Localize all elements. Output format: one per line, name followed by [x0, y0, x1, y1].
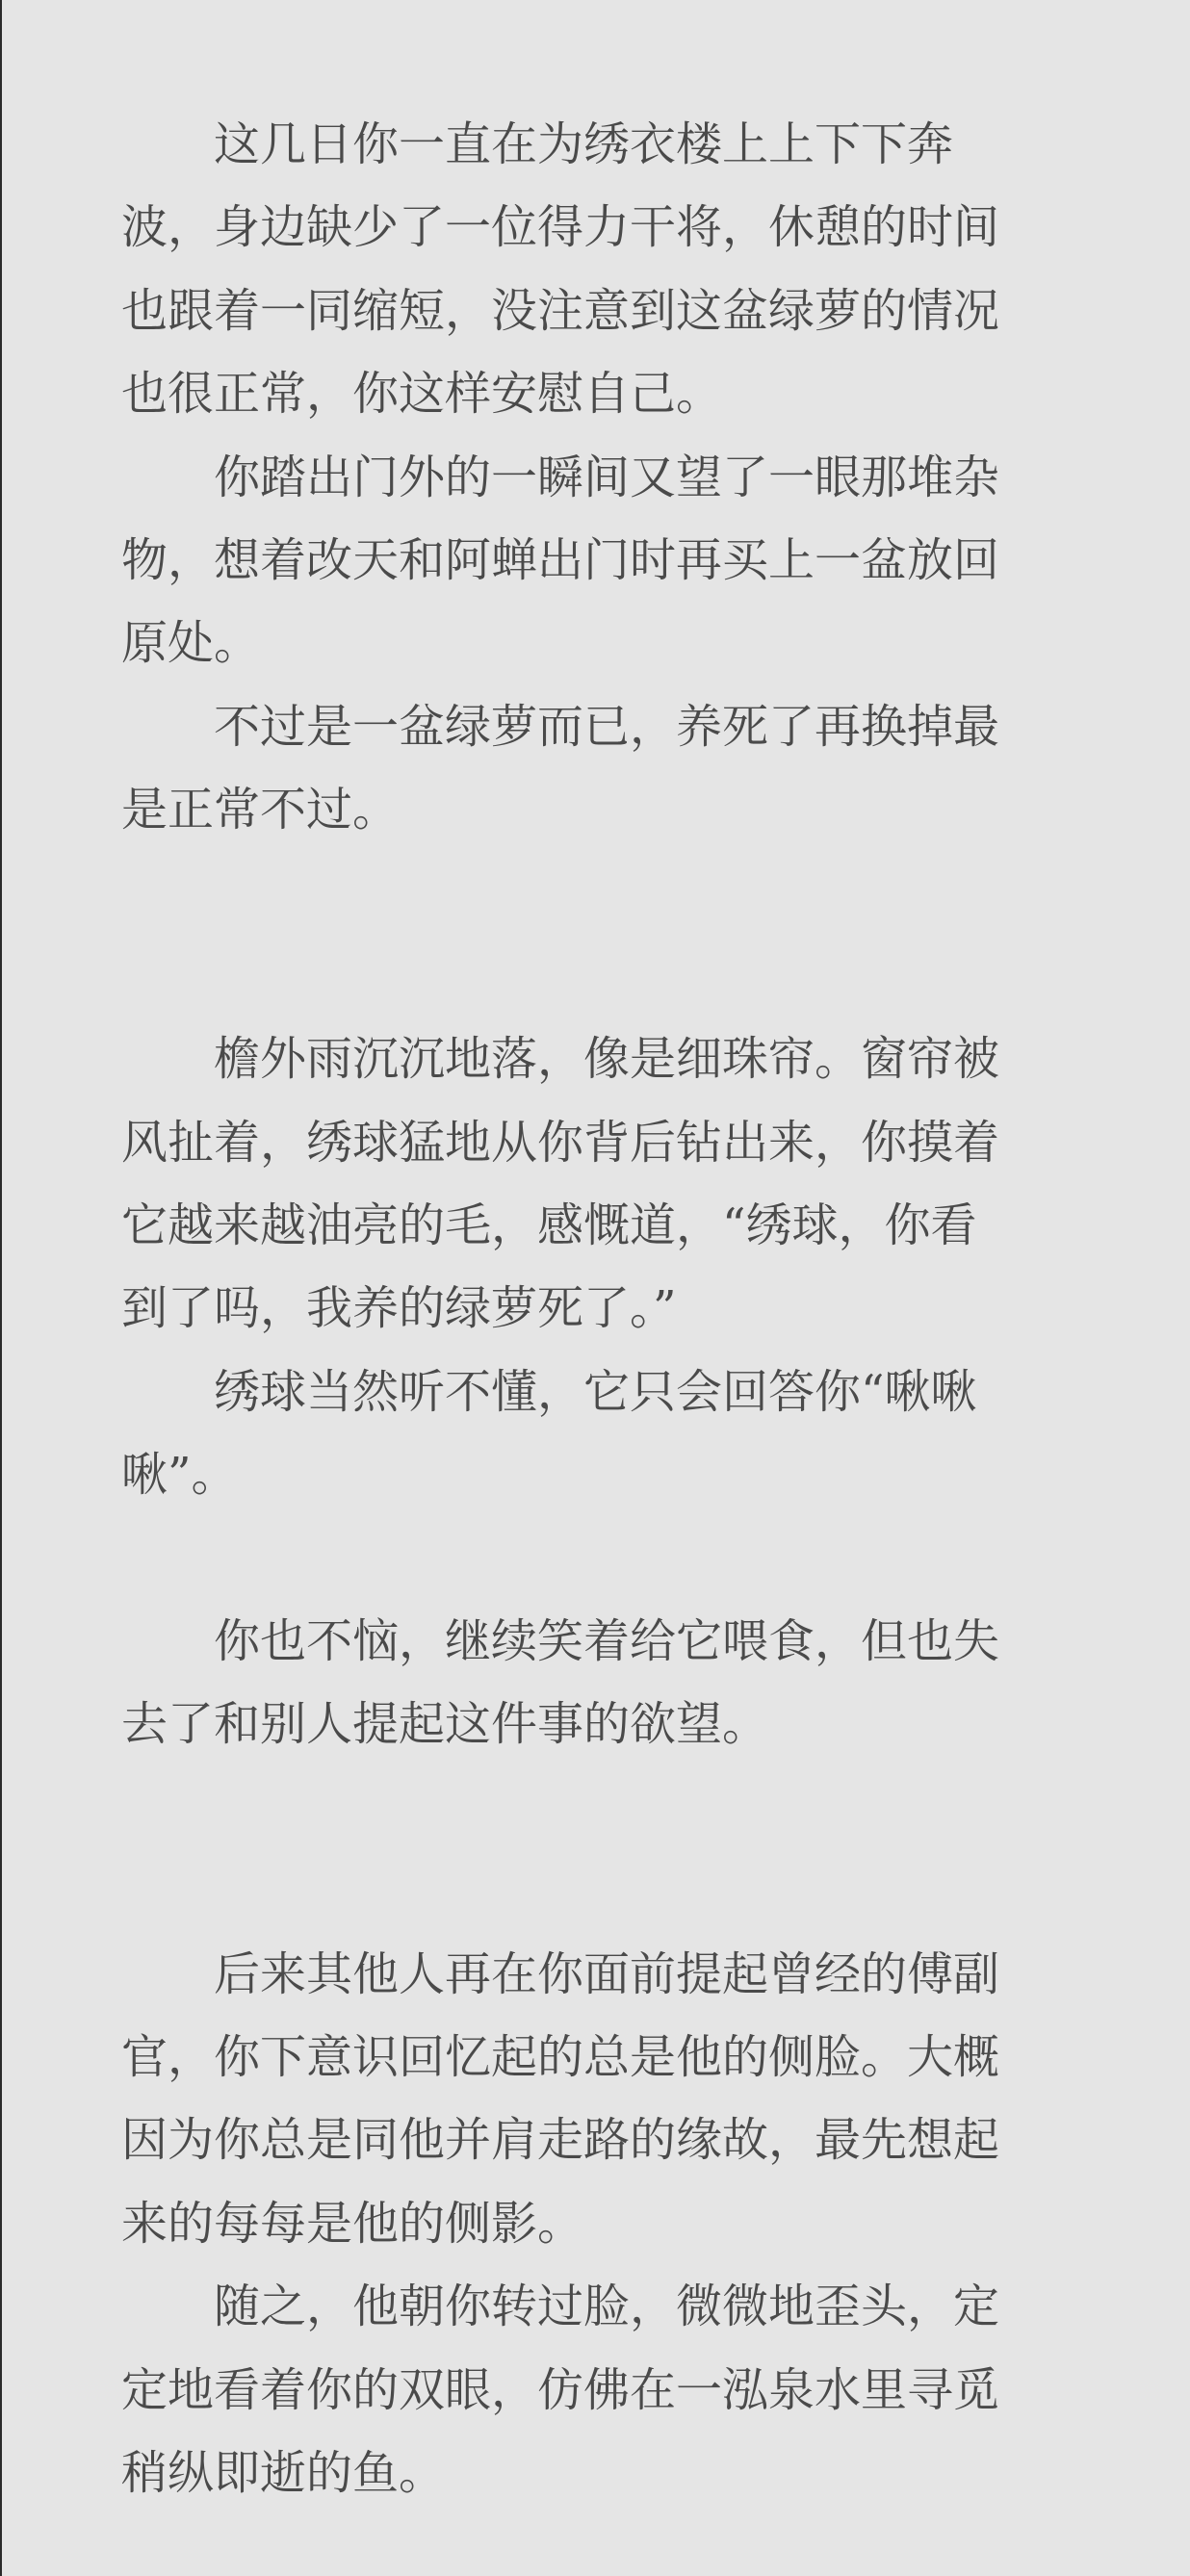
blank-line: [121, 852, 1084, 935]
reading-page[interactable]: 这几日你一直在为绣衣楼上上下下奔 波，身边缺少了一位得力干将，休憩的时间 也跟着…: [0, 0, 1190, 2576]
blank-line: [121, 1766, 1084, 1849]
text-line: 稍纵即逝的鱼。: [121, 2432, 1084, 2514]
text-line: 到了吗，我养的绿萝死了。”: [121, 1267, 1084, 1350]
paragraph: 这几日你一直在为绣衣楼上上下下奔 波，身边缺少了一位得力干将，休憩的时间 也跟着…: [121, 103, 1084, 436]
text-line: 不过是一盆绿萝而已，养死了再换掉最: [121, 685, 1084, 768]
text-line: 去了和别人提起这件事的欲望。: [121, 1683, 1084, 1765]
blank-line: [121, 1849, 1084, 1932]
blank-line: [121, 935, 1084, 1018]
paragraph: 随之，他朝你转过脸，微微地歪头，定 定地看着你的双眼，仿佛在一泓泉水里寻觅 稍纵…: [121, 2265, 1084, 2514]
text-line: 檐外雨沉沉地落，像是细珠帘。窗帘被: [121, 1018, 1084, 1100]
text-line: 物，想着改天和阿蝉出门时再买上一盆放回: [121, 519, 1084, 602]
text-line: 后来其他人再在你面前提起曾经的傅副: [121, 1933, 1084, 2016]
text-line: 来的每每是他的侧影。: [121, 2182, 1084, 2265]
text-line: 原处。: [121, 602, 1084, 684]
text-line: 也跟着一同缩短，没注意到这盆绿萝的情况: [121, 270, 1084, 352]
blank-line: [121, 1517, 1084, 1600]
text-line: 定地看着你的双眼，仿佛在一泓泉水里寻觅: [121, 2349, 1084, 2432]
text-line: 这几日你一直在为绣衣楼上上下下奔: [121, 103, 1084, 186]
text-line: 你也不恼，继续笑着给它喂食，但也失: [121, 1600, 1084, 1683]
text-line: 也很正常，你这样安慰自己。: [121, 352, 1084, 435]
text-line: 绣球当然听不懂，它只会回答你“啾啾: [121, 1351, 1084, 1433]
text-line: 啾”。: [121, 1433, 1084, 1516]
text-line: 你踏出门外的一瞬间又望了一眼那堆杂: [121, 436, 1084, 519]
paragraph: 后来其他人再在你面前提起曾经的傅副 官，你下意识回忆起的总是他的侧脸。大概 因为…: [121, 1933, 1084, 2266]
text-line: 它越来越油亮的毛，感慨道，“绣球，你看: [121, 1184, 1084, 1267]
text-line: 因为你总是同他并肩走路的缘故，最先想起: [121, 2099, 1084, 2181]
article-body: 这几日你一直在为绣衣楼上上下下奔 波，身边缺少了一位得力干将，休憩的时间 也跟着…: [121, 103, 1084, 2514]
page-edge-divider: [0, 0, 2, 2576]
paragraph: 檐外雨沉沉地落，像是细珠帘。窗帘被 风扯着，绣球猛地从你背后钻出来，你摸着 它越…: [121, 1018, 1084, 1351]
text-line: 波，身边缺少了一位得力干将，休憩的时间: [121, 186, 1084, 269]
paragraph: 绣球当然听不懂，它只会回答你“啾啾 啾”。: [121, 1351, 1084, 1517]
paragraph: 你踏出门外的一瞬间又望了一眼那堆杂 物，想着改天和阿蝉出门时再买上一盆放回 原处…: [121, 436, 1084, 685]
text-line: 风扯着，绣球猛地从你背后钻出来，你摸着: [121, 1101, 1084, 1184]
paragraph: 你也不恼，继续笑着给它喂食，但也失 去了和别人提起这件事的欲望。: [121, 1600, 1084, 1766]
text-line: 官，你下意识回忆起的总是他的侧脸。大概: [121, 2016, 1084, 2099]
paragraph: 不过是一盆绿萝而已，养死了再换掉最 是正常不过。: [121, 685, 1084, 852]
text-line: 随之，他朝你转过脸，微微地歪头，定: [121, 2265, 1084, 2348]
text-line: 是正常不过。: [121, 768, 1084, 851]
